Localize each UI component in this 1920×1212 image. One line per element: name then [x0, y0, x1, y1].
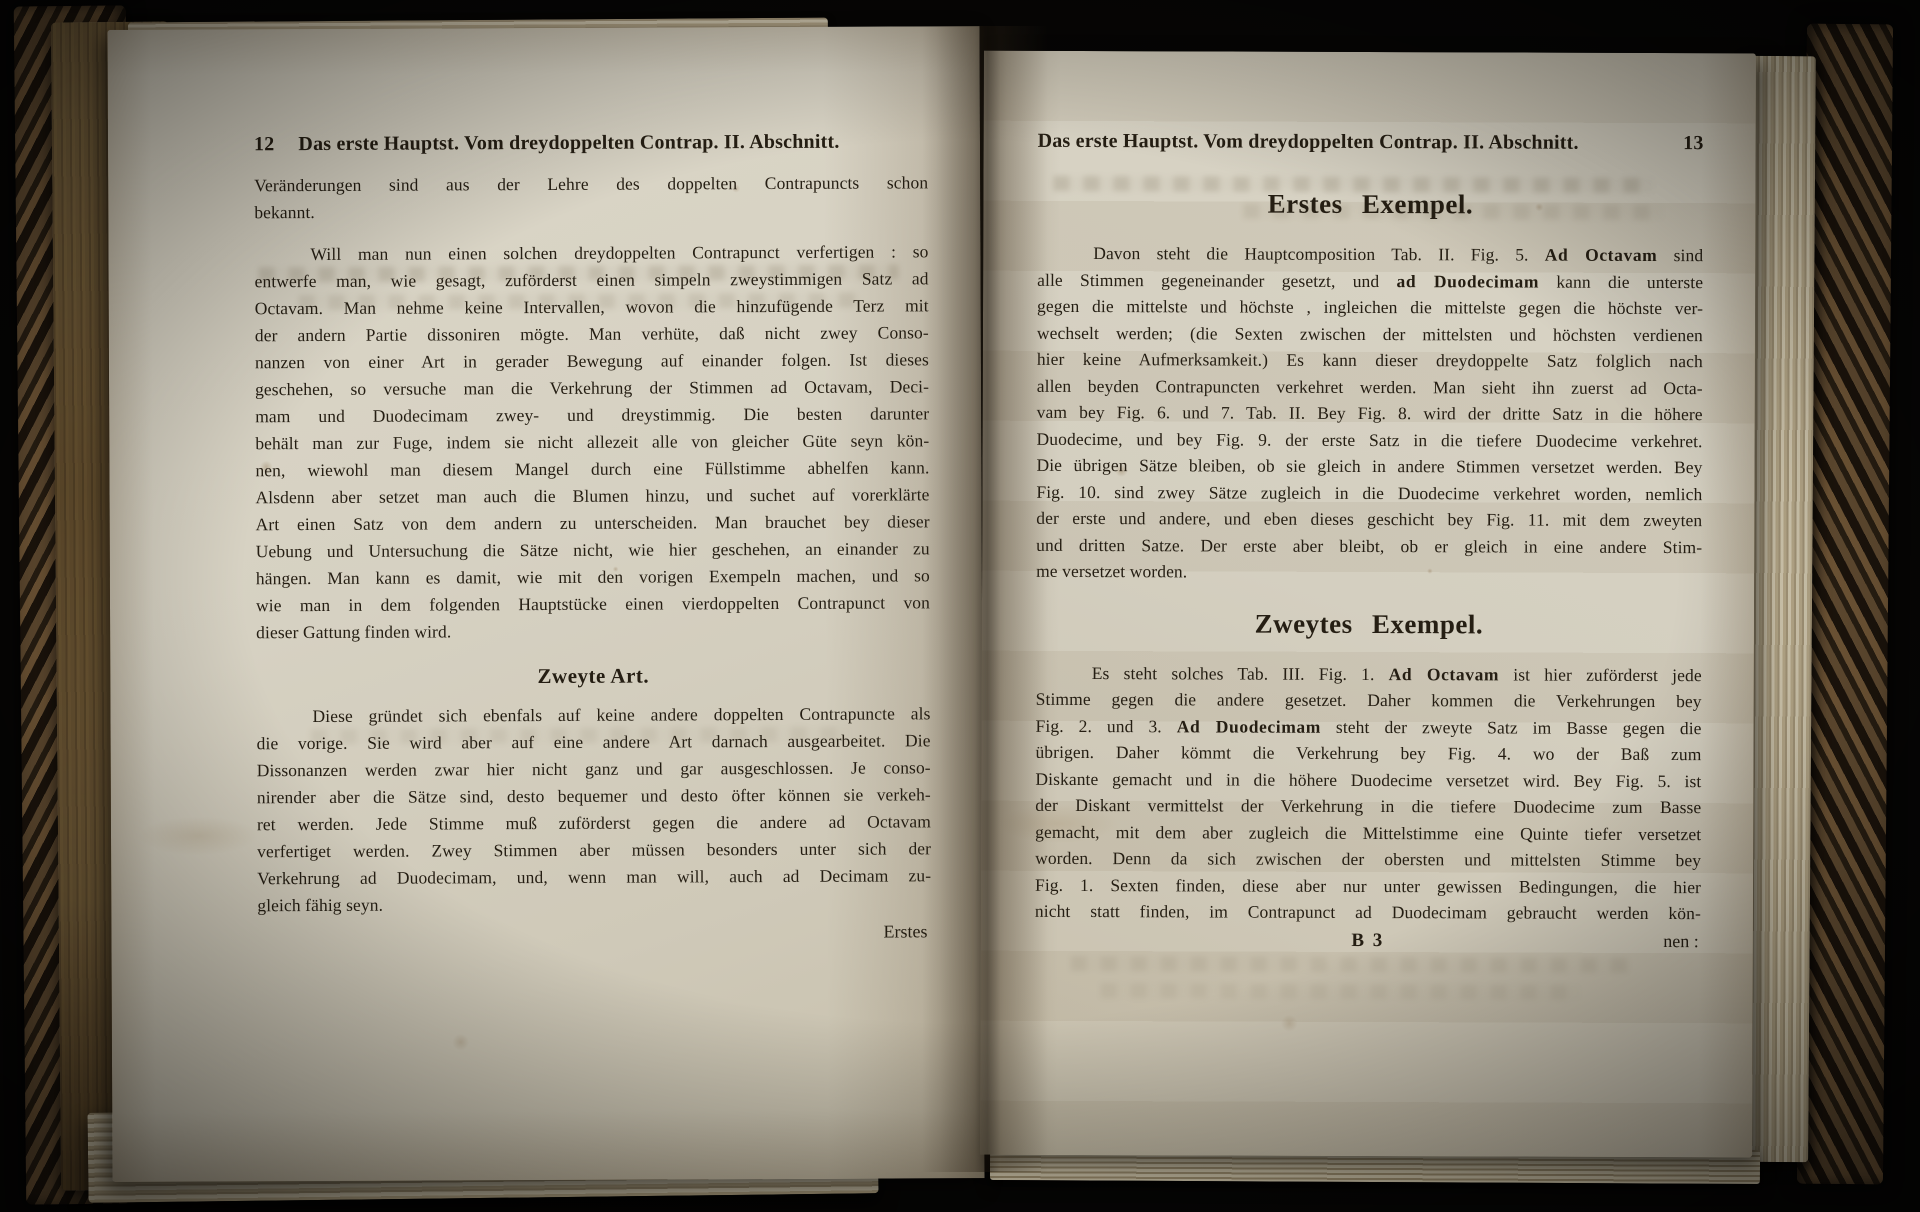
text-line: der andern Partie dissoniren mögte. Man … [255, 319, 929, 349]
text-line: allen beyden Contrapuncten verkehret wer… [1037, 372, 1703, 401]
text-line: die vorige. Sie wird aber auf eine ander… [257, 727, 931, 757]
text-line: Davon steht die Hauptcomposition Tab. II… [1037, 240, 1703, 269]
text-line: Duodecime, und bey Fig. 9. der erste Sat… [1037, 425, 1703, 454]
text-line: bekannt. [254, 196, 928, 226]
text-line: Dissonanzen werden zwar hier nicht ganz … [257, 754, 931, 784]
text-line: Es steht solches Tab. III. Fig. 1. Ad Oc… [1036, 659, 1702, 688]
text-line: mam und Duodecimam zwey- und dreystimmig… [255, 400, 929, 430]
show-through-smudge [1101, 983, 1581, 1000]
text-line: Die übrigen Sätze bleiben, ob sie gleich… [1036, 452, 1702, 481]
left-page: 12 Das erste Hauptst. Vom dreydoppelten … [107, 26, 984, 1182]
paragraph: Diese gründet sich ebenfals auf keine an… [256, 700, 931, 919]
text-line: Diskante gemacht und in die höhere Duode… [1035, 765, 1701, 794]
text-line: dieser Gattung finden wird. [256, 616, 930, 646]
right-page: Das erste Hauptst. Vom dreydoppelten Con… [980, 51, 1756, 1158]
text-line: verfertiget werden. Zwey Stimmen aber mü… [257, 835, 931, 865]
text-line: wechselt werden; (die Sexten zwischen de… [1037, 319, 1703, 348]
text-line: Diese gründet sich ebenfals auf keine an… [256, 700, 930, 730]
signature-mark: B 3 [1035, 928, 1701, 952]
text-line: hängen. Man kann es damit, wie mit den v… [256, 562, 930, 592]
text-line: alle Stimmen gegeneinander gesetzt, und … [1037, 266, 1703, 295]
paragraph: Es steht solches Tab. III. Fig. 1. Ad Oc… [1035, 659, 1702, 926]
signature-row: B 3 nen : [1035, 928, 1701, 958]
paragraph: Davon steht die Hauptcomposition Tab. II… [1036, 240, 1703, 587]
text-line: und dritten Satze. Der erste aber bleibt… [1036, 531, 1702, 560]
text-line: hier keine Aufmerksamkeit.) Es kann dies… [1037, 346, 1703, 375]
example-heading-2: Zweytes Exempel. [1036, 607, 1702, 640]
section-heading: Zweyte Art. [256, 662, 930, 690]
text-line: Art einen Satz von dem andern zu untersc… [256, 508, 930, 538]
text-line: Alsdenn aber setzet man auch die Blumen … [255, 481, 929, 511]
running-header: Das erste Hauptst. Vom dreydoppelten Con… [1038, 130, 1704, 159]
text-line: gemacht, mit dem aber zugleich die Mitte… [1035, 818, 1701, 847]
example-heading-1: Erstes Exempel. [1037, 188, 1703, 221]
page-number: 12 [254, 133, 275, 156]
text-line: der erste und andere, und eben dieses ge… [1036, 505, 1702, 534]
text-line: Will man nun einen solchen dreydoppelten… [254, 238, 928, 268]
text-line: Fig. 2. und 3. Ad Duodecimam steht der z… [1036, 712, 1702, 741]
book-photo: 12 Das erste Hauptst. Vom dreydoppelten … [0, 0, 1920, 1212]
text-line: Stimme gegen die andere gesetzet. Daher … [1036, 686, 1702, 715]
text-line: Verkehrung ad Duodecimam, und, wenn man … [257, 862, 931, 892]
text-line: geschehen, so versuche man die Verkehrun… [255, 373, 929, 403]
text-line: me versetzet worden. [1036, 558, 1702, 587]
catchword: Erstes [883, 921, 927, 941]
text-line: behält man zur Fuge, indem sie nicht all… [255, 427, 929, 457]
text-line: Fig. 10. sind zwey Sätze zugleich in die… [1036, 478, 1702, 507]
catchword: nen : [1663, 931, 1699, 952]
text-line: gleich fähig seyn. [257, 889, 931, 919]
running-header-title: Das erste Hauptst. Vom dreydoppelten Con… [298, 131, 839, 156]
left-page-text: 12 Das erste Hauptst. Vom dreydoppelten … [254, 130, 932, 945]
running-header-title: Das erste Hauptst. Vom dreydoppelten Con… [1038, 130, 1579, 155]
text-line: gegen die mittelste und höchste , inglei… [1037, 293, 1703, 322]
text-line: Fig. 1. Sexten finden, diese aber nur un… [1035, 871, 1701, 900]
text-line: vam bey Fig. 6. und 7. Tab. II. Bey Fig.… [1037, 399, 1703, 428]
text-line: übrigen. Daher kömmt die Verkehrung bey … [1035, 739, 1701, 768]
text-line: Veränderungen sind aus der Lehre des dop… [254, 169, 928, 199]
show-through-smudge [1071, 956, 1631, 973]
text-line: Octavam. Man nehme keine Intervallen, wo… [255, 292, 929, 322]
text-line: nen, wiewohl man diesem Mangel durch ein… [255, 454, 929, 484]
catchword-row: Erstes [257, 921, 931, 945]
text-line: nicht statt finden, im Contrapunct ad Du… [1035, 898, 1701, 927]
text-line: nirender aber die Sätze sind, desto bequ… [257, 781, 931, 811]
running-header: 12 Das erste Hauptst. Vom dreydoppelten … [254, 130, 928, 160]
text-line: ret werden. Jede Stimme muß zuförderst g… [257, 808, 931, 838]
paragraph: Will man nun einen solchen dreydoppelten… [254, 238, 930, 646]
page-number: 13 [1683, 132, 1703, 155]
text-line: nanzen von einer Art in gerader Bewegung… [255, 346, 929, 376]
right-page-text: Das erste Hauptst. Vom dreydoppelten Con… [1035, 130, 1704, 959]
paragraph: Veränderungen sind aus der Lehre des dop… [254, 169, 928, 226]
text-line: der Diskant vermittelst der Verkehrung i… [1035, 792, 1701, 821]
text-line: Uebung und Untersuchung die Sätze nicht,… [256, 535, 930, 565]
text-line: worden. Denn da sich zwischen der oberst… [1035, 845, 1701, 874]
text-line: entwerfe man, wie gesagt, zuförderst ein… [255, 265, 929, 295]
text-line: wie man in dem folgenden Hauptstücke ein… [256, 589, 930, 619]
